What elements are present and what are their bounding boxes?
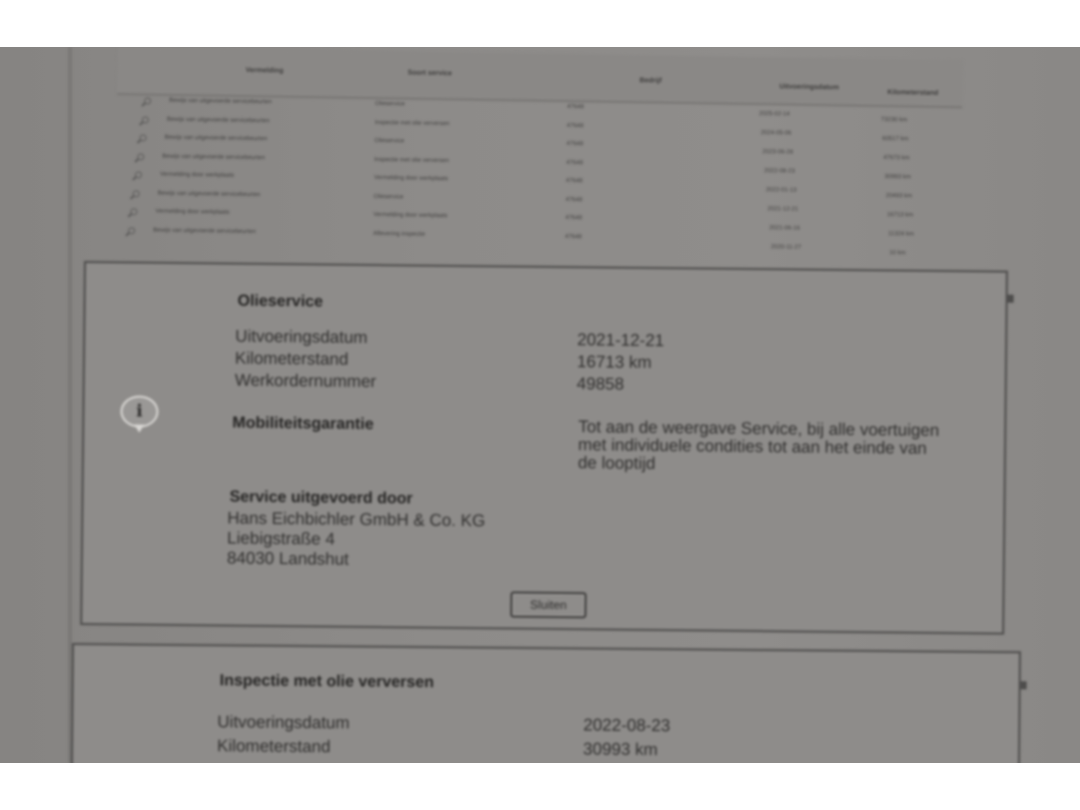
printed-page: Vermelding Soort service Bedrijf Uitvoer… (0, 47, 1080, 763)
cell-soort-service: Vermelding door werkplaats (373, 212, 447, 219)
cell-datum: 2022-08-23 (764, 168, 795, 174)
cell-vermelding: Bewijs van uitgevoerde servicebeurten (162, 153, 265, 161)
cell-soort-service: Inspectie met olie verversen (374, 157, 449, 164)
magnifier-icon[interactable] (141, 97, 150, 106)
cell-bedrijf: 47648 (566, 160, 583, 166)
cell-bedrijf: 47648 (566, 197, 583, 203)
cell-datum: 2022-01-13 (766, 187, 797, 193)
magnifier-icon[interactable] (130, 190, 139, 199)
service-detail-panel: Olieservice Uitvoeringsdatum 2021-12-21 … (80, 261, 1008, 635)
column-header-vermelding[interactable]: Vermelding (246, 67, 284, 75)
cell-bedrijf: 47648 (565, 215, 582, 221)
magnifier-icon[interactable] (125, 227, 134, 236)
field-label-uitvoeringsdatum-2: Uitvoeringsdatum (217, 712, 349, 733)
info-icon: i (120, 395, 158, 427)
cell-vermelding: Vermelding door werkplaats (160, 172, 234, 179)
cell-km: 73230 km (881, 117, 907, 123)
cell-datum: 2024-05-06 (761, 130, 792, 136)
cell-vermelding: Vermelding door werkplaats (155, 209, 229, 216)
company-street: Liebigstraße 4 (227, 529, 335, 550)
cell-datum: 2025-02-14 (759, 111, 790, 117)
edge-mark (1008, 295, 1014, 303)
detail-title-2: Inspectie met olie verversen (220, 672, 434, 692)
magnifier-icon[interactable] (127, 208, 136, 217)
cell-datum: 2021-06-16 (769, 225, 800, 231)
close-button[interactable]: Sluiten (510, 591, 586, 618)
company-city: 84030 Landshut (227, 549, 349, 570)
column-header-uitvoeringsdatum[interactable]: Uitvoeringsdatum (779, 83, 839, 91)
guarantee-label: Mobiliteitsgarantie (232, 415, 374, 434)
cell-datum: 2020-11-27 (771, 244, 801, 250)
cell-soort-service: Inspectie met olie verversen (375, 120, 450, 127)
cell-vermelding: Bewijs van uitgevoerde servicebeurten (158, 190, 261, 198)
column-header-soort-service[interactable]: Soort service (408, 70, 452, 78)
cell-datum: 2021-12-21 (767, 206, 798, 212)
cell-soort-service: Aflevering inspectie (373, 231, 425, 238)
cell-soort-service: Olieservice (375, 138, 405, 144)
photo-of-printout: Vermelding Soort service Bedrijf Uitvoer… (0, 47, 1080, 763)
cell-soort-service: Olieservice (374, 194, 404, 200)
field-label-kilometerstand-2: Kilometerstand (217, 736, 331, 757)
guarantee-text: Tot aan de weergave Service, bij alle vo… (578, 418, 949, 476)
cell-vermelding: Bewijs van uitgevoerde servicebeurten (167, 116, 270, 124)
magnifier-icon[interactable] (136, 134, 145, 143)
field-value-uitvoeringsdatum: 2021-12-21 (577, 330, 664, 351)
cell-soort-service: Vermelding door werkplaats (374, 175, 448, 182)
service-history-table: Vermelding Soort service Bedrijf Uitvoer… (115, 47, 963, 250)
cell-bedrijf: 47648 (566, 178, 583, 184)
cell-bedrijf: 47648 (566, 141, 583, 147)
field-value-kilometerstand-2: 30993 km (583, 739, 658, 760)
column-header-kilometerstand[interactable]: Kilometerstand (887, 89, 938, 97)
field-label-werkordernummer: Werkordernummer (235, 371, 377, 392)
cell-vermelding: Bewijs van uitgevoerde servicebeurten (153, 227, 256, 235)
service-detail-panel-2: Inspectie met olie verversen Uitvoerings… (71, 643, 1021, 763)
cell-km: 10 km (889, 250, 905, 256)
company-name: Hans Eichbichler GmbH & Co. KG (227, 509, 485, 532)
cell-vermelding: Bewijs van uitgevoerde servicebeurten (165, 135, 268, 143)
detail-title: Olieservice (237, 293, 323, 312)
magnifier-icon[interactable] (134, 153, 143, 162)
field-label-kilometerstand: Kilometerstand (235, 349, 349, 370)
cell-bedrijf: 47648 (567, 104, 584, 110)
field-value-kilometerstand: 16713 km (577, 352, 652, 373)
magnifier-icon[interactable] (132, 171, 141, 180)
edge-mark-2 (1021, 681, 1027, 689)
performed-by-label: Service uitgevoerd door (229, 489, 412, 509)
field-value-uitvoeringsdatum-2: 2022-08-23 (583, 715, 670, 736)
magnifier-icon[interactable] (139, 116, 148, 125)
field-value-werkordernummer: 49858 (577, 374, 624, 394)
cell-vermelding: Bewijs van uitgevoerde servicebeurten (169, 98, 272, 106)
cell-bedrijf: 47648 (565, 234, 582, 240)
field-label-uitvoeringsdatum: Uitvoeringsdatum (235, 327, 367, 348)
column-header-bedrijf[interactable]: Bedrijf (639, 77, 661, 84)
cell-datum: 2023-06-28 (762, 149, 793, 155)
cell-bedrijf: 47648 (567, 123, 584, 129)
cell-soort-service: Olieservice (375, 101, 405, 107)
